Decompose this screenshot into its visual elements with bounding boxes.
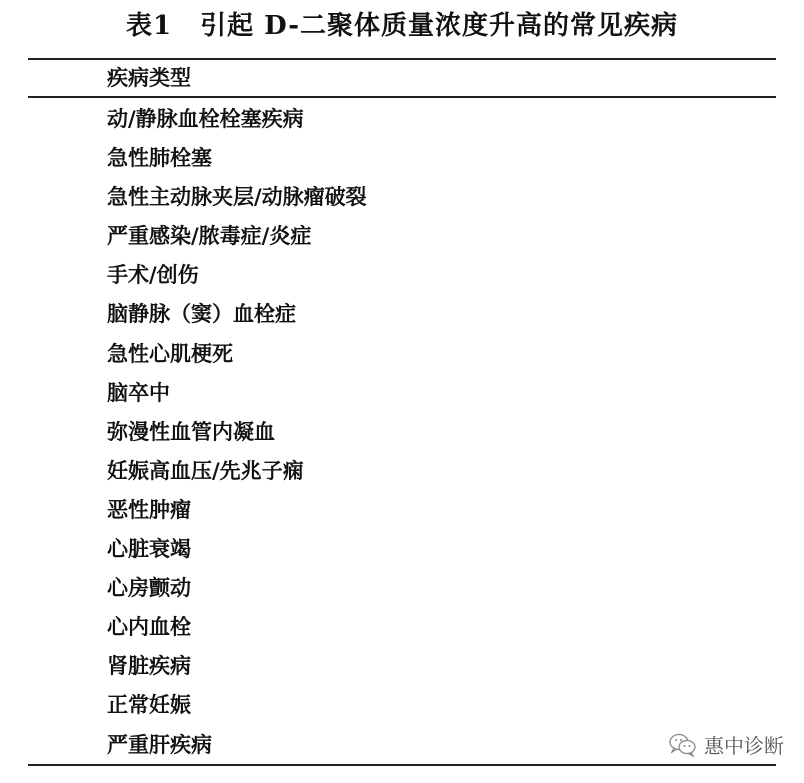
table-row: 妊娠高血压/先兆子痫 — [107, 452, 367, 491]
disease-list: 动/静脉血栓栓塞疾病 急性肺栓塞 急性主动脉夹层/动脉瘤破裂 严重感染/脓毒症/… — [107, 100, 367, 765]
table-row: 手术/创伤 — [107, 256, 367, 295]
table-number: 表1 — [126, 11, 172, 41]
table-row: 急性心肌梗死 — [107, 335, 367, 374]
table-row: 急性肺栓塞 — [107, 139, 367, 178]
table-title-text: 引起 D-二聚体质量浓度升高的常见疾病 — [200, 11, 678, 41]
wechat-icon — [668, 732, 698, 758]
table-row: 肾脏疾病 — [107, 647, 367, 686]
watermark-text: 惠中诊断 — [704, 730, 784, 759]
table-row: 心脏衰竭 — [107, 530, 367, 569]
table-row: 动/静脉血栓栓塞疾病 — [107, 100, 367, 139]
table-row: 心房颤动 — [107, 569, 367, 608]
top-rule — [28, 58, 776, 60]
table-row: 恶性肿瘤 — [107, 491, 367, 530]
table-row: 脑卒中 — [107, 374, 367, 413]
header-rule — [28, 96, 776, 98]
watermark: 惠中诊断 — [668, 730, 784, 759]
bottom-rule — [28, 764, 776, 766]
table-title: 表1引起 D-二聚体质量浓度升高的常见疾病 — [0, 8, 804, 44]
table-row: 心内血栓 — [107, 608, 367, 647]
table-row: 严重肝疾病 — [107, 726, 367, 765]
table-row: 弥漫性血管内凝血 — [107, 413, 367, 452]
table-row: 严重感染/脓毒症/炎症 — [107, 217, 367, 256]
table-row: 急性主动脉夹层/动脉瘤破裂 — [107, 178, 367, 217]
table-row: 正常妊娠 — [107, 686, 367, 725]
column-header: 疾病类型 — [107, 61, 191, 95]
table-row: 脑静脉（窦）血栓症 — [107, 295, 367, 334]
